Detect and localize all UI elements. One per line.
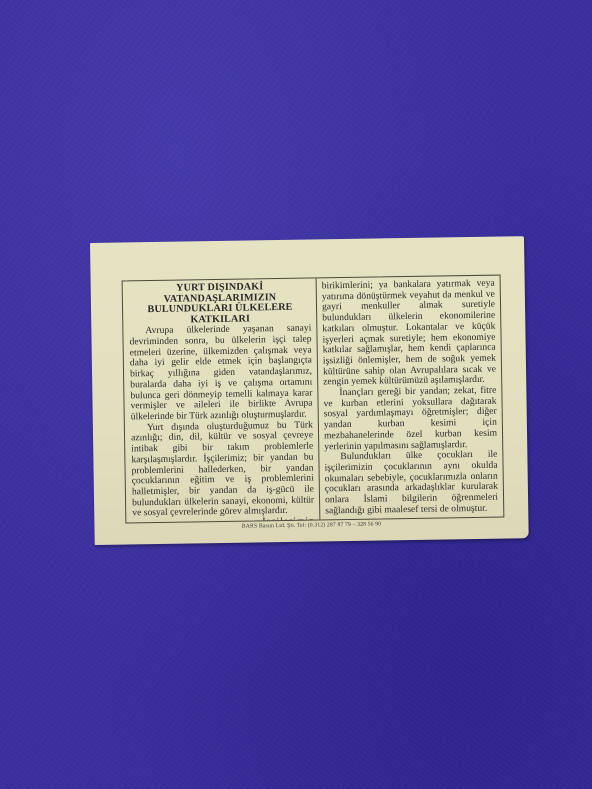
document-title: YURT DIŞINDAKİ VATANDAŞLARIMIZIN BULUNDU… <box>129 282 312 327</box>
text-frame: YURT DIŞINDAKİ VATANDAŞLARIMIZIN BULUNDU… <box>122 275 505 524</box>
left-column: YURT DIŞINDAKİ VATANDAŞLARIMIZIN BULUNDU… <box>123 278 321 522</box>
paragraph: birikimlerini; ya bankalara yatırmak vey… <box>322 279 497 389</box>
paragraph: Yurt dışında oluşturduğumuz bu Türk azın… <box>131 420 314 519</box>
paragraph: Bulundukları ülke çocukları ile işçileri… <box>324 450 498 517</box>
paragraph: Avrupa ülkelerinde yaşanan sanayi devrim… <box>129 324 312 423</box>
right-column: birikimlerini; ya bankalara yatırmak vey… <box>317 276 504 520</box>
paragraph: İnançları gereği bir yandan; zekat, fitr… <box>323 386 497 453</box>
ticket-paper: YURT DIŞINDAKİ VATANDAŞLARIMIZIN BULUNDU… <box>90 236 529 545</box>
